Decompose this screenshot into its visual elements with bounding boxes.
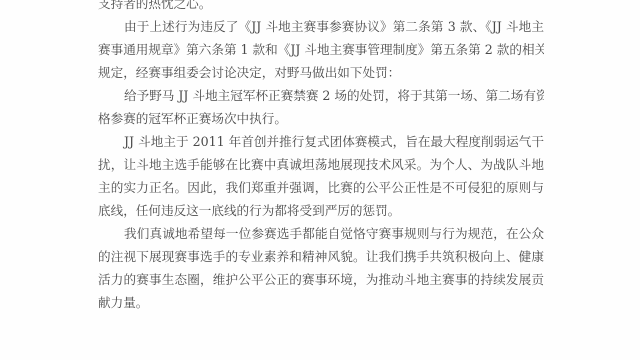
text-line: 由于上述行为违反了《JJ 斗地主赛事参赛协议》第二条第 3 款、《JJ 斗地主 xyxy=(98,15,544,38)
paragraph-appeal: 我们真诚地希望每一位参赛选手都能自觉恪守赛事规则与行为规范，在公众 的注视下展现… xyxy=(98,222,544,314)
text-line: 我们真诚地希望每一位参赛选手都能自觉恪守赛事规则与行为规范，在公众 xyxy=(98,222,544,245)
text-line: 规定，经赛事组委会讨论决定，对野马做出如下处罚： xyxy=(98,61,544,84)
text-line: 底线，任何违反这一底线的行为都将受到严厉的惩罚。 xyxy=(98,199,544,222)
text-line: 的注视下展现赛事选手的专业素养和精神风貌。让我们携手共筑积极向上、健康 xyxy=(98,245,544,268)
paragraph-violation: 由于上述行为违反了《JJ 斗地主赛事参赛协议》第二条第 3 款、《JJ 斗地主 … xyxy=(98,15,544,84)
text-line: 献力量。 xyxy=(98,291,544,314)
text-line: 格参赛的冠军杯正赛场次中执行。 xyxy=(98,107,544,130)
paragraph-principle: JJ 斗地主于 2011 年首创并推行复式团体赛模式，旨在最大程度削弱运气干 扰… xyxy=(98,130,544,222)
document-page: 支持者的热忱之心。 由于上述行为违反了《JJ 斗地主赛事参赛协议》第二条第 3 … xyxy=(0,0,640,360)
text-line: 活力的赛事生态圈，维护公平公正的赛事环境，为推动斗地主赛事的持续发展贡 xyxy=(98,268,544,291)
text-line: 支持者的热忱之心。 xyxy=(98,0,544,15)
text-line: 赛事通用规章》第六条第 1 款和《JJ 斗地主赛事管理制度》第五条第 2 款的相… xyxy=(98,38,544,61)
paragraph-penalty: 给予野马 JJ 斗地主冠军杯正赛禁赛 2 场的处罚，将于其第一场、第二场有资 格… xyxy=(98,84,544,130)
document-body: 支持者的热忱之心。 由于上述行为违反了《JJ 斗地主赛事参赛协议》第二条第 3 … xyxy=(98,0,544,314)
text-line: 扰，让斗地主选手能够在比赛中真诚坦荡地展现技术风采。为个人、为战队斗地 xyxy=(98,153,544,176)
text-line: 给予野马 JJ 斗地主冠军杯正赛禁赛 2 场的处罚，将于其第一场、第二场有资 xyxy=(98,84,544,107)
text-line: JJ 斗地主于 2011 年首创并推行复式团体赛模式，旨在最大程度削弱运气干 xyxy=(98,130,544,153)
text-line: 主的实力正名。因此，我们郑重并强调，比赛的公平公正性是不可侵犯的原则与 xyxy=(98,176,544,199)
paragraph-previous-tail: 支持者的热忱之心。 xyxy=(98,0,544,15)
